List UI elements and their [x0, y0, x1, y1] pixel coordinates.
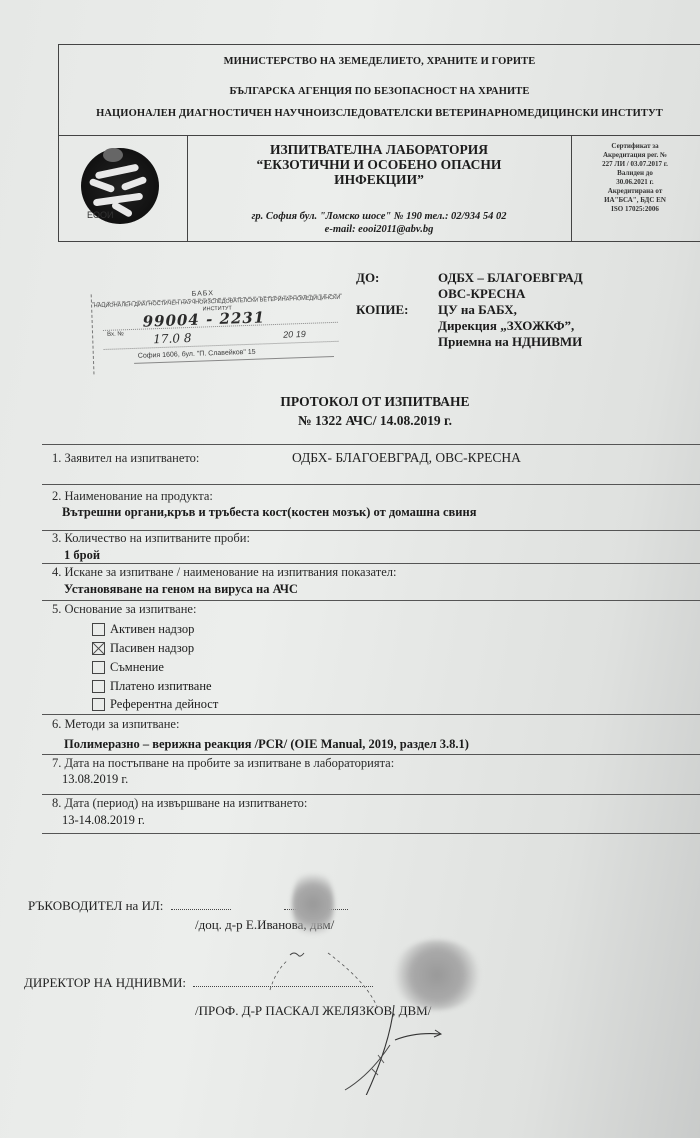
option-label: Съмнение: [110, 660, 164, 675]
lab-title: ИЗПИТВАТЕЛНА ЛАБОРАТОРИЯ “ЕКЗОТИЧНИ И ОС…: [187, 142, 571, 187]
checkbox[interactable]: [92, 680, 105, 693]
cert-line: ISO 17025:2006: [577, 205, 693, 214]
option-passive-surveillance[interactable]: Пасивен надзор: [92, 640, 194, 656]
recipient: Приемна на НДНИВМИ: [438, 334, 582, 350]
accreditation-text: Сертификат за Акредитация рег. № 227 ЛИ …: [577, 142, 693, 214]
institute-name: НАЦИОНАЛЕН ДИАГНОСТИЧЕН НАУЧНОИЗСЛЕДОВАТ…: [59, 108, 700, 120]
copy-label: КОПИЕ:: [356, 302, 408, 318]
option-label: Активен надзор: [110, 622, 194, 637]
section-test-request: 4. Искане за изпитване / наименование на…: [42, 563, 700, 605]
option-label: Платено изпитване: [110, 679, 212, 694]
incoming-registry-stamp: БАБХ НАЦИОНАЛЕН ДИАГНОСТИЧЕН НАУЧНОИЗСЛЕ…: [91, 286, 345, 375]
lab-email: e-mail: eooi2011@abv.bg: [187, 223, 571, 236]
stamp-date: 17.0 8: [153, 331, 192, 346]
ministry-name: МИНИСТЕРСТВО НА ЗЕМЕДЕЛИЕТО, ХРАНИТЕ И Г…: [59, 56, 700, 67]
section-label: 3. Количество на изпитваните проби:: [52, 531, 250, 546]
letterhead: МИНИСТЕРСТВО НА ЗЕМЕДЕЛИЕТО, ХРАНИТЕ И Г…: [58, 44, 700, 242]
section-test-methods: 6. Методи за изпитване: Полимеразно – ве…: [42, 714, 700, 756]
stamp-top: БАБХ: [192, 290, 214, 298]
cert-line: 30.06.2021 г.: [577, 178, 693, 187]
section-test-basis: 5. Основание за изпитване: Активен надзо…: [42, 600, 700, 716]
cert-line: Акредитирана от: [577, 187, 693, 196]
recipient: ОДБХ – БЛАГОЕВГРАД: [438, 270, 583, 286]
cert-line: Акредитация рег. №: [577, 151, 693, 160]
lab-contact: гр. София бул. "Ломско шосе" № 190 тел.:…: [187, 210, 571, 236]
lab-head-label: РЪКОВОДИТЕЛ на ИЛ:: [28, 898, 163, 913]
product-value: Вътрешни органи,кръв и тръбеста кост(кос…: [62, 505, 476, 520]
recipient: Дирекция „ЗХОЖКФ”,: [438, 318, 582, 334]
option-suspicion[interactable]: Съмнение: [92, 659, 164, 675]
section-product: 2. Наименование на продукта: Вътрешни ор…: [42, 484, 700, 532]
cert-line: ИА"БСА", БДС EN: [577, 196, 693, 205]
methods-value: Полимеразно – верижна реакция /PCR/ (OIE…: [64, 737, 469, 752]
section-label: 4. Искане за изпитване / наименование на…: [52, 565, 396, 580]
checkbox[interactable]: [92, 698, 105, 711]
stamp-year: 20 19: [283, 329, 306, 340]
checkbox-checked[interactable]: [92, 642, 105, 655]
section-label: 6. Методи за изпитване:: [52, 717, 179, 732]
cert-line: Сертификат за: [577, 142, 693, 151]
cert-line: 227 ЛИ / 03.07.2017 г.: [577, 160, 693, 169]
checkbox[interactable]: [92, 623, 105, 636]
stamp-in-label: Вх. №: [107, 331, 124, 338]
accreditation-cell: Сертификат за Акредитация рег. № 227 ЛИ …: [571, 136, 700, 242]
protocol-number: № 1322 АЧС/ 14.08.2019 г.: [240, 411, 510, 430]
to-recipients: ОДБХ – БЛАГОЕВГРАД ОВС-КРЕСНА: [438, 270, 583, 302]
option-active-surveillance[interactable]: Активен надзор: [92, 621, 194, 637]
copy-recipients: ЦУ на БАБХ, Дирекция „ЗХОЖКФ”, Приемна н…: [438, 302, 582, 350]
section-test-period: 8. Дата (период) на извършване на изпитв…: [42, 794, 700, 834]
option-reference-activity[interactable]: Референтна дейност: [92, 696, 218, 712]
quantity-value: 1 брой: [64, 548, 100, 563]
recipient: ЦУ на БАБХ,: [438, 302, 582, 318]
lab-title-line: ИЗПИТВАТЕЛНА ЛАБОРАТОРИЯ: [187, 142, 571, 157]
applicant-value: ОДБХ- БЛАГОЕВГРАД, ОВС-КРЕСНА: [292, 450, 521, 466]
to-label: ДО:: [356, 270, 379, 286]
lab-address: гр. София бул. "Ломско шосе" № 190 тел.:…: [187, 210, 571, 223]
section-label: 2. Наименование на продукта:: [52, 489, 213, 504]
logo-label: ЕООИ: [87, 210, 113, 220]
protocol-heading: ПРОТОКОЛ ОТ ИЗПИТВАНЕ № 1322 АЧС/ 14.08.…: [240, 392, 510, 430]
option-label: Референтна дейност: [110, 697, 218, 712]
section-label: 8. Дата (период) на извършване на изпитв…: [52, 796, 307, 811]
section-label: 5. Основание за изпитване:: [52, 602, 196, 617]
protocol-title: ПРОТОКОЛ ОТ ИЗПИТВАНЕ: [240, 392, 510, 411]
option-label: Пасивен надзор: [110, 641, 194, 656]
lab-title-line: ИНФЕКЦИИ”: [187, 172, 571, 187]
recipient: ОВС-КРЕСНА: [438, 286, 583, 302]
section-receipt-date: 7. Дата на постъпване на пробите за изпи…: [42, 754, 700, 794]
lab-info-cell: ИЗПИТВАТЕЛНА ЛАБОРАТОРИЯ “ЕКЗОТИЧНИ И ОС…: [187, 136, 572, 242]
stamp-address: София 1606, бул. "П. Славейков" 15: [138, 349, 256, 360]
protocol-document: МИНИСТЕРСТВО НА ЗЕМЕДЕЛИЕТО, ХРАНИТЕ И Г…: [0, 0, 700, 1138]
test-request-value: Установяване на геном на вируса на АЧС: [64, 582, 298, 597]
letterhead-row: ЕООИ ИЗПИТВАТЕЛНА ЛАБОРАТОРИЯ “ЕКЗОТИЧНИ…: [59, 135, 700, 243]
director-label: ДИРЕКТОР НА НДНИВМИ:: [24, 975, 186, 990]
logo-cell: ЕООИ: [59, 136, 188, 242]
lab-title-line: “ЕКЗОТИЧНИ И ОСОБЕНО ОПАСНИ: [187, 157, 571, 172]
handwritten-signature: [250, 935, 470, 1095]
redacted-signature: [292, 868, 334, 940]
section-label: 1. Заявител на изпитването:: [52, 451, 199, 466]
test-period-value: 13-14.08.2019 г.: [62, 813, 145, 828]
option-paid-test[interactable]: Платено изпитване: [92, 678, 212, 694]
section-applicant: 1. Заявител на изпитването: ОДБХ- БЛАГОЕ…: [42, 444, 700, 484]
section-label: 7. Дата на постъпване на пробите за изпи…: [52, 756, 394, 771]
cert-line: Валиден до: [577, 169, 693, 178]
receipt-date-value: 13.08.2019 г.: [62, 772, 128, 787]
agency-name: БЪЛГАРСКА АГЕНЦИЯ ПО БЕЗОПАСНОСТ НА ХРАН…: [59, 86, 700, 97]
checkbox[interactable]: [92, 661, 105, 674]
